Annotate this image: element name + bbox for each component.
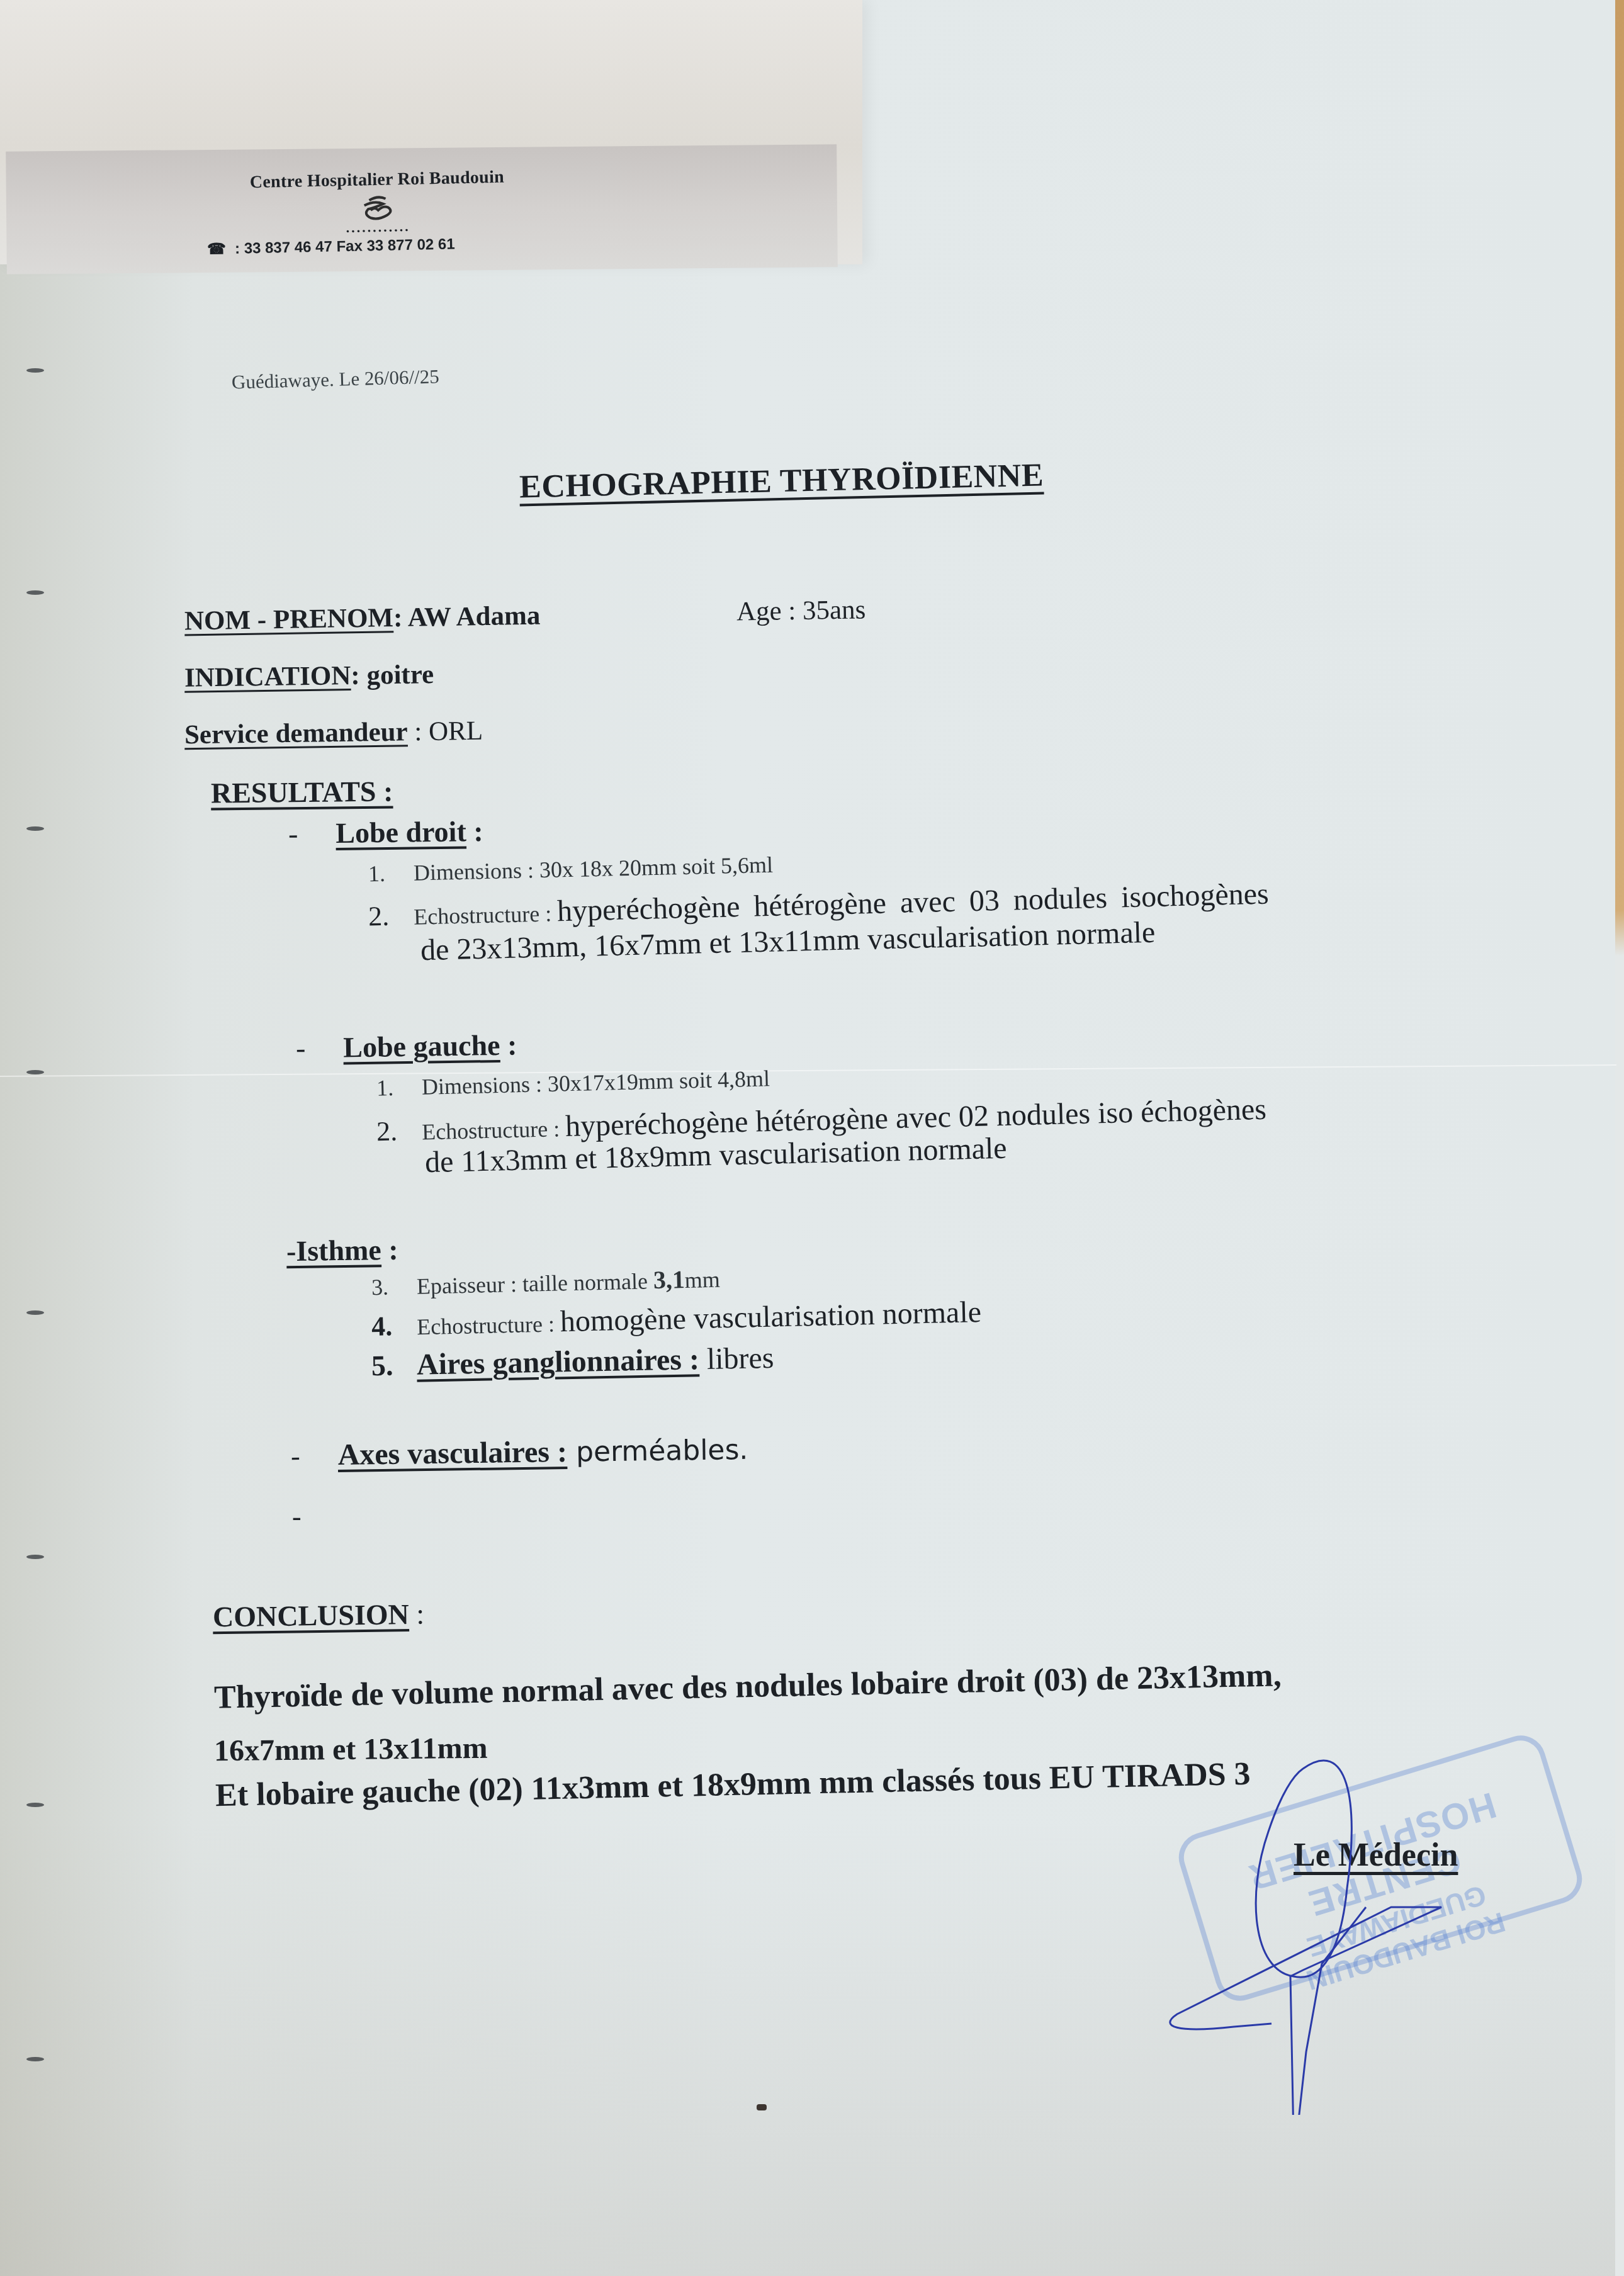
isthmus-heading: -Isthme : [286,1233,398,1268]
vascular-axes: -Axes vasculaires : perméables. [291,1432,748,1473]
indication-value: : goitre [351,660,434,690]
punch-hole [26,2057,44,2061]
hospital-logo-icon [355,193,400,222]
punch-hole [26,826,44,831]
results-heading: RESULTATS : [211,774,393,809]
punch-hole [26,590,44,595]
name-value: : AW Adama [393,601,541,633]
service-row: Service demandeur : ORL [184,716,483,751]
right-lobe-heading: -Lobe droit : [288,814,483,850]
patient-name-row: NOM - PRENOM: AW Adama [184,600,541,637]
left-lobe-heading: -Lobe gauche : [296,1028,517,1065]
service-value: : ORL [407,716,483,747]
right-lobe-title: Lobe droit [336,815,466,849]
empty-bullet: - [292,1501,302,1533]
left-lobe-title: Lobe gauche [343,1029,500,1063]
conclusion-label: CONCLUSION [213,1598,410,1633]
signature-icon [1158,1725,1536,2115]
punch-hole [26,368,44,373]
paper-speck [757,2104,767,2110]
patient-age: Age : 35ans [736,594,866,627]
punch-hole [26,1070,44,1074]
punch-hole [26,1803,44,1807]
phone-icon: ☎ [207,240,226,258]
indication-row: INDICATION: goitre [184,659,434,694]
punch-hole [26,1555,44,1559]
name-label: NOM - PRENOM [184,603,394,636]
conclusion-heading: CONCLUSION : [213,1597,425,1634]
service-label: Service demandeur [184,717,408,750]
indication-label: INDICATION [184,661,351,693]
results-label: RESULTATS : [211,775,393,809]
punch-hole [26,1310,44,1315]
letterhead: Centre Hospitalier Roi Baudouin ........… [201,166,555,259]
isthmus-title: -Isthme [286,1234,381,1267]
conclusion-line-2: 16x7mm et 13x11mm [214,1731,488,1769]
table-surface [1615,0,1624,2276]
